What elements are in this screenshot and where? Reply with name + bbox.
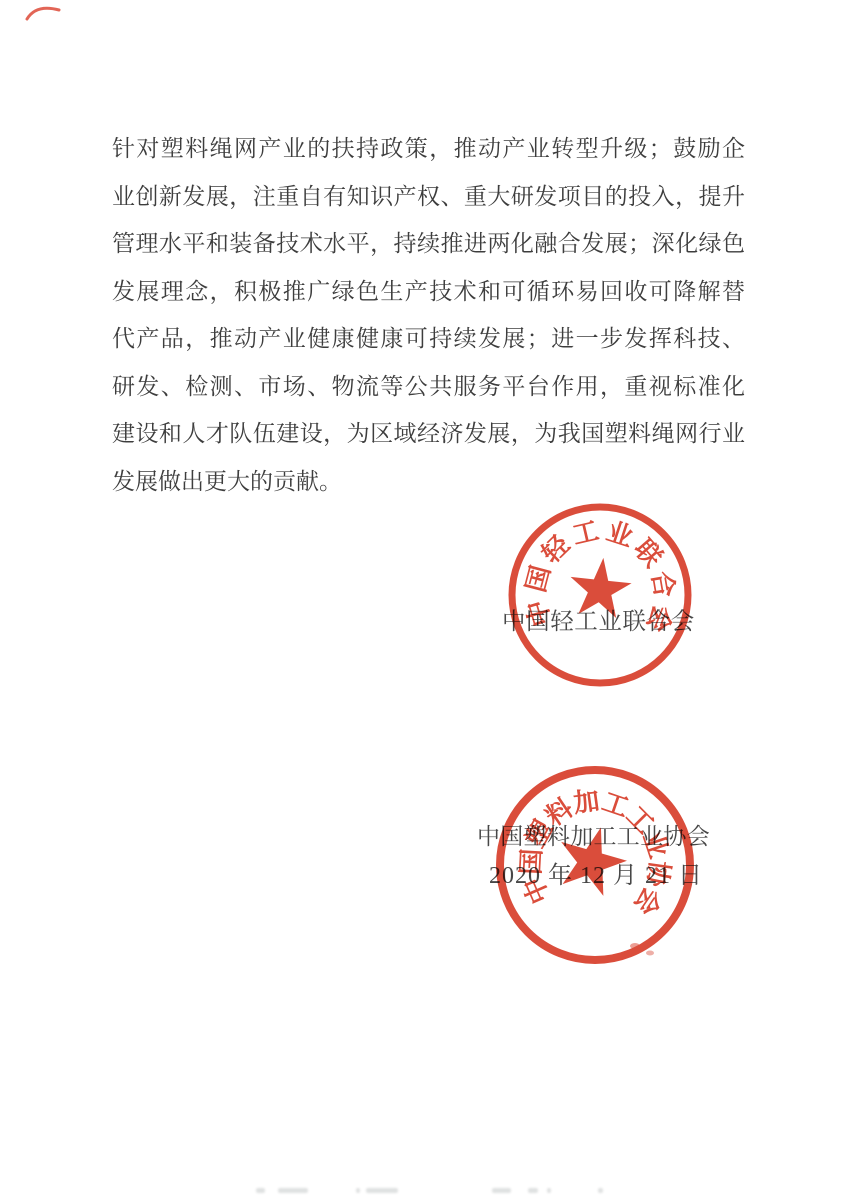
paragraph-line: 建设和人才队伍建设，为区域经济发展，为我国塑料绳网行业 <box>112 410 745 458</box>
paragraph-line: 业创新发展，注重自有知识产权、重大研发项目的投入，提升 <box>112 173 745 221</box>
official-seal-stamp-1: 中国轻工业联合会 <box>490 497 710 697</box>
red-pen-mark-icon <box>24 2 64 24</box>
bleed-through-mark <box>547 1188 551 1193</box>
seal-ink-smudge <box>630 943 640 949</box>
bleed-through-mark <box>256 1188 265 1193</box>
bleed-through-mark <box>278 1188 308 1193</box>
bleed-through-mark <box>366 1188 398 1193</box>
paragraph-line: 研发、检测、市场、物流等公共服务平台作用，重视标准化 <box>112 363 745 411</box>
signature-org-1: 中国轻工业联合会 <box>502 602 695 636</box>
bleed-through-mark <box>598 1188 603 1193</box>
paragraph-line: 管理水平和装备技术水平，持续推进两化融合发展；深化绿色 <box>112 220 745 268</box>
seal-ink-smudge <box>646 951 654 956</box>
body-paragraph: 针对塑料绳网产业的扶持政策，推动产业转型升级；鼓励企 业创新发展，注重自有知识产… <box>112 125 745 505</box>
signature-date: 2020 年 12 月 21 日 <box>489 855 703 890</box>
paragraph-line: 针对塑料绳网产业的扶持政策，推动产业转型升级；鼓励企 <box>112 125 745 173</box>
bleed-through-mark <box>528 1188 538 1193</box>
scanned-document-page: 针对塑料绳网产业的扶持政策，推动产业转型升级；鼓励企 业创新发展，注重自有知识产… <box>0 0 848 1200</box>
paragraph-line: 代产品，推动产业健康健康可持续发展；进一步发挥科技、 <box>112 315 745 363</box>
bleed-through-mark <box>356 1188 360 1193</box>
signature-org-2: 中国塑料加工工业协会 <box>477 818 710 851</box>
bleed-through-mark <box>492 1188 511 1193</box>
paragraph-line: 发展理念，积极推广绿色生产技术和可循环易回收可降解替 <box>112 268 745 316</box>
